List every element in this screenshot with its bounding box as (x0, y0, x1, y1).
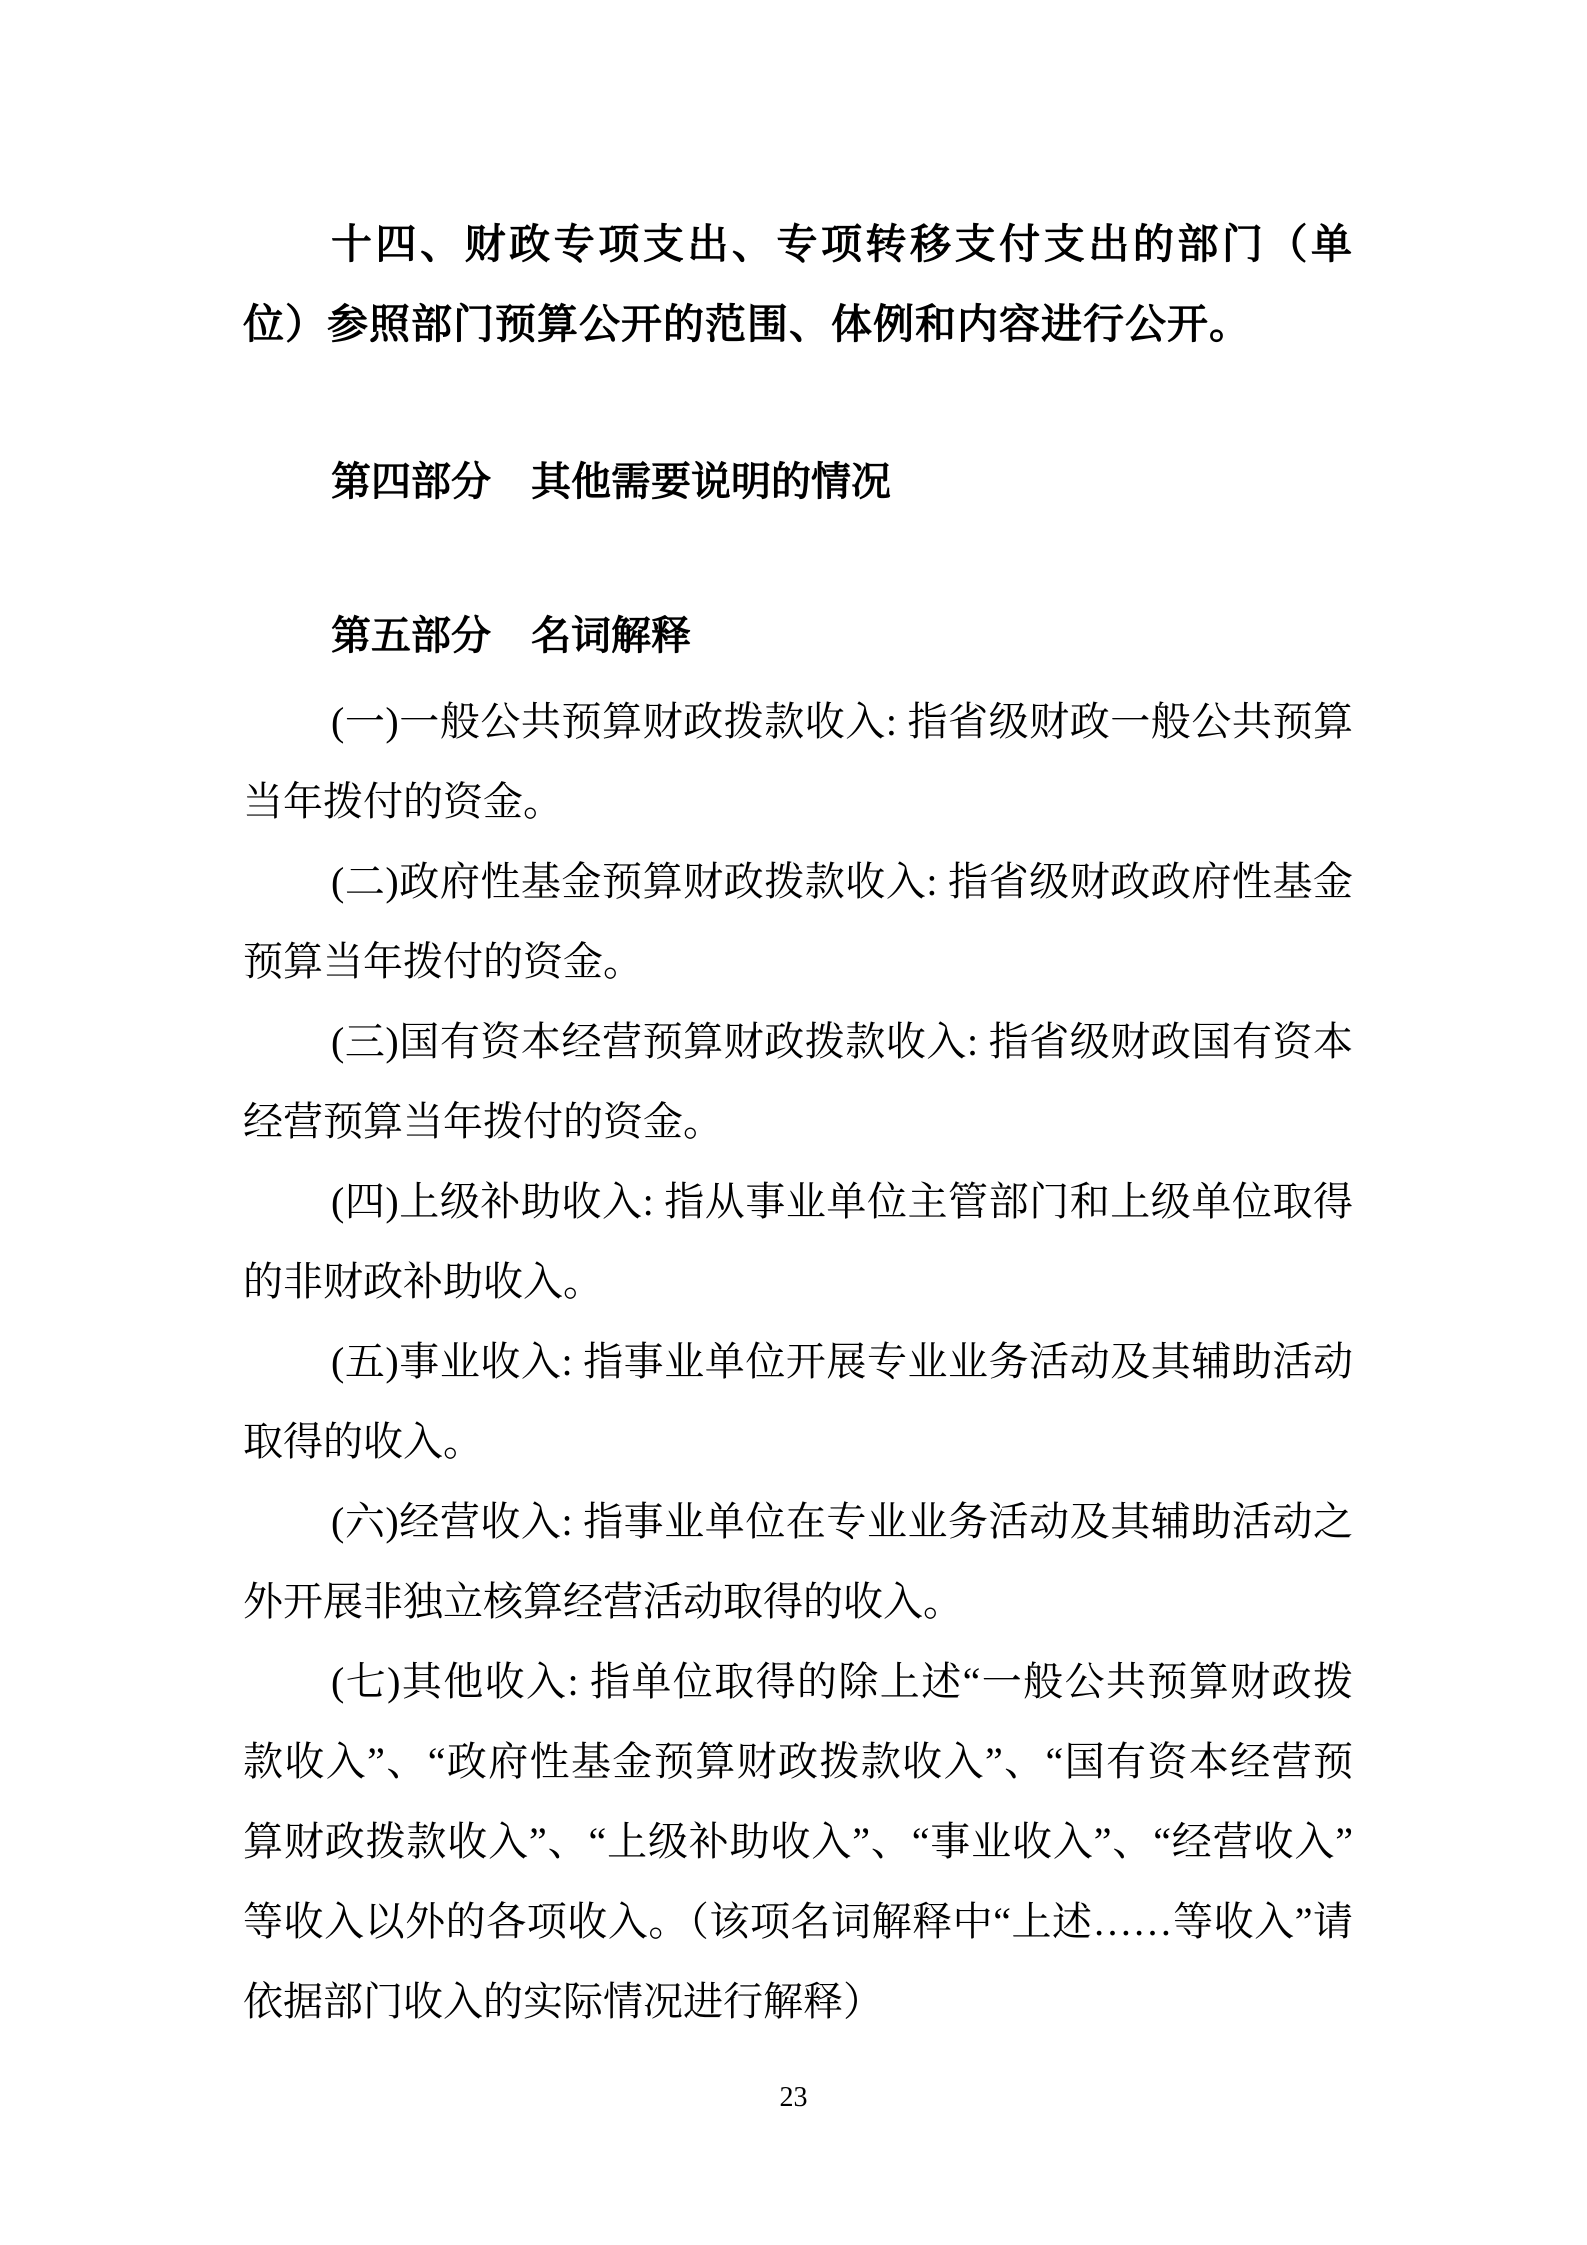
definition-paragraph-4: (四)上级补助收入: 指从事业单位主管部门和上级单位取得的非财政补助收入。 (243, 1162, 1353, 1322)
document-content: 十四、财政专项支出、专项转移支付支出的部门（单位）参照部门预算公开的范围、体例和… (243, 204, 1353, 2042)
definition-paragraph-3: (三)国有资本经营预算财政拨款收入: 指省级财政国有资本经营预算当年拨付的资金。 (243, 1002, 1353, 1162)
definition-paragraph-5: (五)事业收入: 指事业单位开展专业业务活动及其辅助活动取得的收入。 (243, 1322, 1353, 1482)
definition-paragraph-7: (七)其他收入: 指单位取得的除上述“一般公共预算财政拨款收入”、“政府性基金预… (243, 1642, 1353, 2042)
page-number: 23 (0, 2082, 1587, 2114)
definition-paragraph-6: (六)经营收入: 指事业单位在专业业务活动及其辅助活动之外开展非独立核算经营活动… (243, 1482, 1353, 1642)
intro-paragraph: 十四、财政专项支出、专项转移支付支出的部门（单位）参照部门预算公开的范围、体例和… (243, 204, 1353, 364)
definition-paragraph-2: (二)政府性基金预算财政拨款收入: 指省级财政政府性基金预算当年拨付的资金。 (243, 842, 1353, 1002)
section-4-heading: 第四部分 其他需要说明的情况 (243, 442, 1353, 522)
definition-paragraph-1: (一)一般公共预算财政拨款收入: 指省级财政一般公共预算当年拨付的资金。 (243, 682, 1353, 842)
document-page: 十四、财政专项支出、专项转移支付支出的部门（单位）参照部门预算公开的范围、体例和… (0, 0, 1587, 2245)
section-5-heading: 第五部分 名词解释 (243, 596, 1353, 676)
